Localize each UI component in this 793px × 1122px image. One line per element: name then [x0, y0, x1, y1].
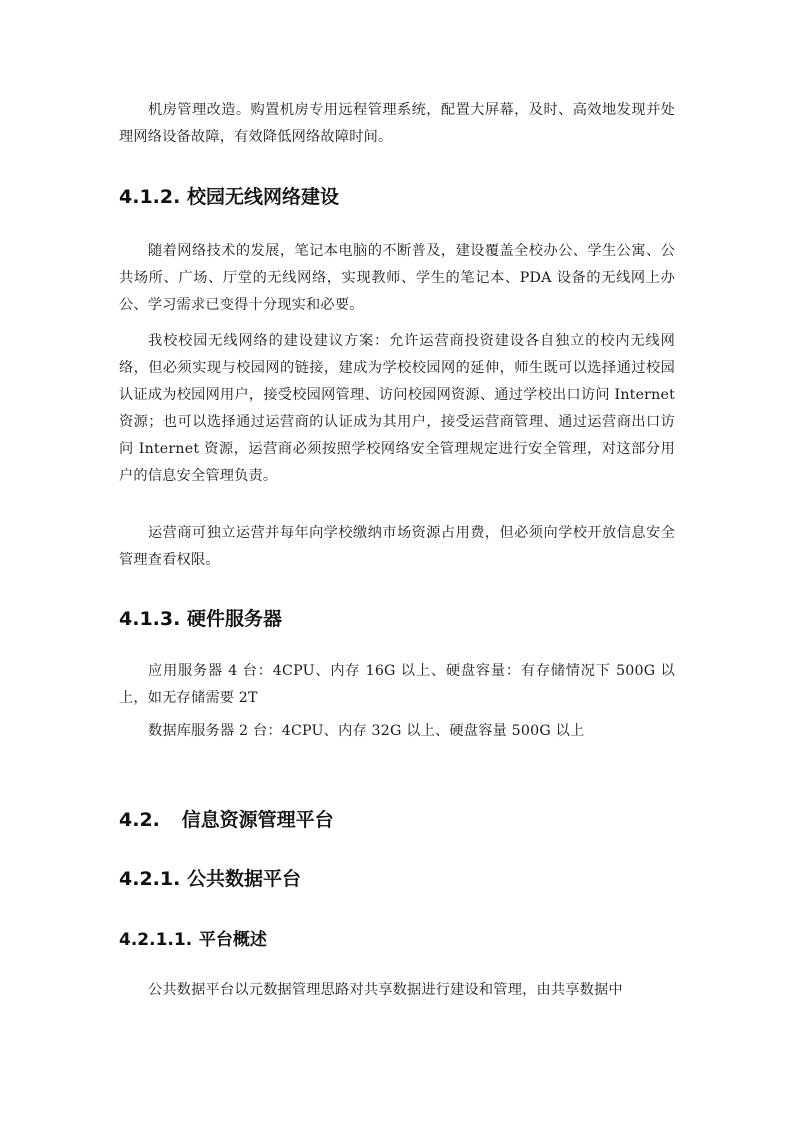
heading-4-2: 4.2. 信息资源管理平台	[119, 805, 334, 832]
paragraph-wireless-proposal: 我校校园无线网络的建设建议方案：允许运营商投资建设各自独立的校内无线网络，但必须…	[119, 328, 675, 490]
paragraph-app-servers: 应用服务器 4 台：4CPU、内存 16G 以上、硬盘容量：有存储情况下 500…	[119, 658, 675, 712]
heading-number: 4.2.1.	[119, 868, 180, 890]
heading-number: 4.1.3.	[119, 608, 180, 630]
heading-number: 4.2.1.1.	[119, 930, 193, 950]
paragraph-operator-fee: 运营商可独立运营并每年向学校缴纳市场资源占用费，但必须向学校开放信息安全管理查看…	[119, 520, 675, 574]
heading-number: 4.2.	[119, 809, 175, 831]
heading-number: 4.1.2.	[119, 186, 180, 208]
heading-title: 平台概述	[199, 930, 267, 950]
heading-title: 硬件服务器	[187, 608, 282, 630]
paragraph-wireless-intro: 随着网络技术的发展，笔记本电脑的不断普及，建设覆盖全校办公、学生公寓、公共场所、…	[119, 238, 675, 319]
heading-4-1-3: 4.1.3. 硬件服务器	[119, 604, 282, 631]
paragraph-db-servers: 数据库服务器 2 台：4CPU、内存 32G 以上、硬盘容量 500G 以上	[119, 718, 675, 745]
heading-4-2-1-1: 4.2.1.1. 平台概述	[119, 925, 267, 950]
paragraph-platform-overview: 公共数据平台以元数据管理思路对共享数据进行建设和管理，由共享数据中	[119, 977, 675, 1004]
heading-4-2-1: 4.2.1. 公共数据平台	[119, 864, 301, 891]
heading-title: 校园无线网络建设	[187, 186, 339, 208]
heading-4-1-2: 4.1.2. 校园无线网络建设	[119, 182, 339, 209]
heading-title: 信息资源管理平台	[182, 809, 334, 831]
paragraph-machine-room: 机房管理改造。购置机房专用远程管理系统，配置大屏幕，及时、高效地发现并处理网络设…	[119, 97, 675, 151]
heading-title: 公共数据平台	[187, 868, 301, 890]
